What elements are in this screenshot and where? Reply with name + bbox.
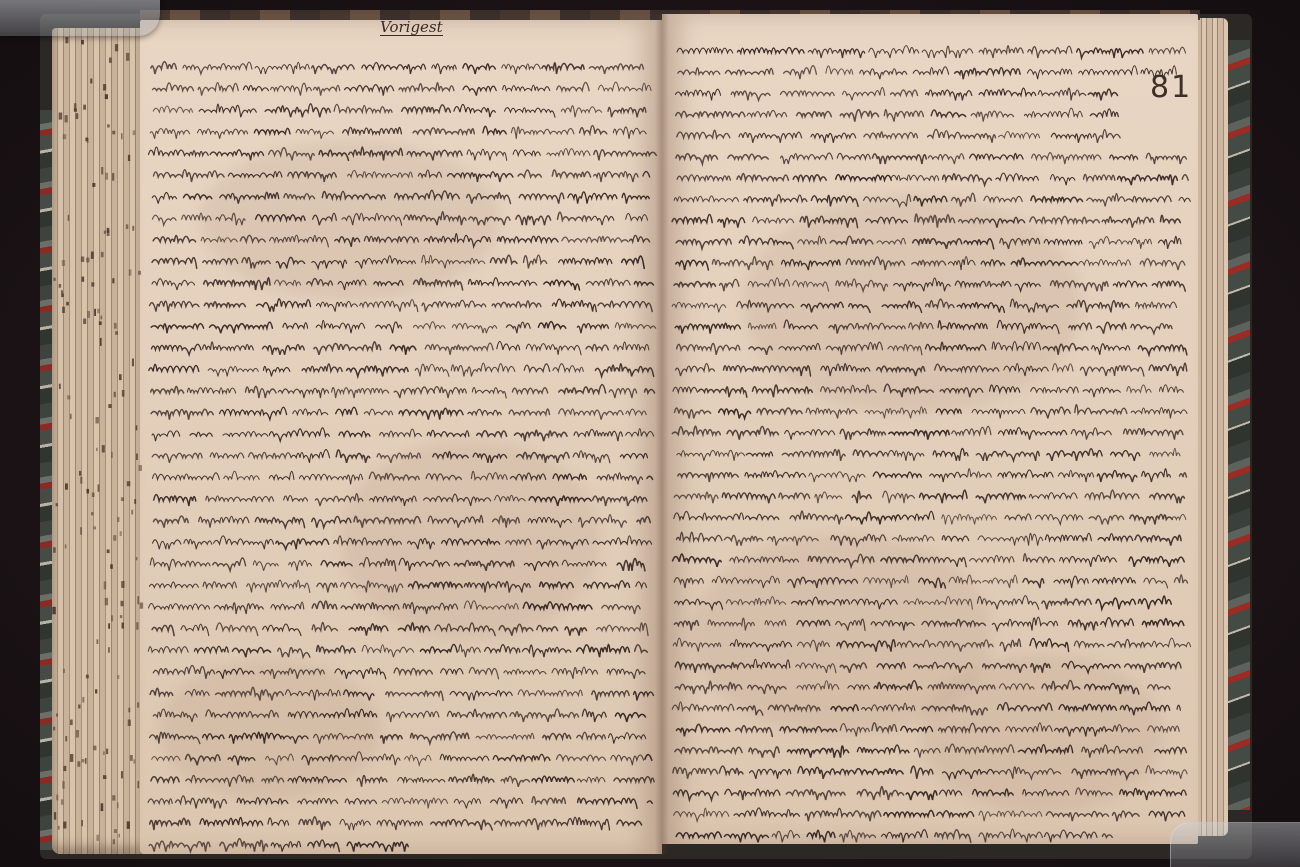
page-edge-ink-marks	[52, 28, 144, 854]
plastic-clip-bottom-right	[1170, 822, 1300, 867]
left-page	[140, 20, 662, 854]
handwritten-text-left	[140, 20, 662, 854]
right-page	[662, 14, 1198, 844]
plastic-clip-top-left	[0, 0, 160, 36]
page-number: 81	[1150, 70, 1192, 105]
page-heading: Vorigest	[380, 20, 443, 36]
page-edges-right	[1196, 18, 1228, 836]
book-gutter	[655, 14, 669, 854]
marbled-cover-edge-right	[1226, 40, 1250, 810]
handwritten-text-right	[662, 14, 1198, 844]
